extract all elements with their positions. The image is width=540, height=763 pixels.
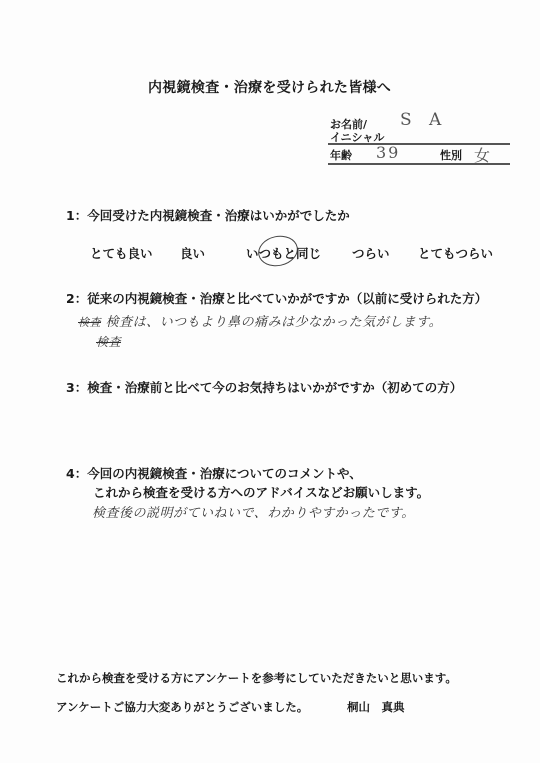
footer-thanks: アンケートご協力大変ありがとうございました。 <box>56 699 308 715</box>
answer-2: 検査 検査は、いつもより鼻の痛みは少なかった気がします。 <box>78 311 442 330</box>
question-text: 今回の内視鏡検査・治療についてのコメントや、 <box>87 466 362 481</box>
answer-4[interactable]: 検査後の説明がていねいで、わかりやすかったです。 <box>92 502 415 521</box>
question-number: 1： <box>66 208 87 223</box>
question-text: 検査・治療前と比べて今のお気持ちはいかがですか（初めての方） <box>87 380 462 395</box>
divider <box>328 163 510 165</box>
question-text: 従来の内視鏡検査・治療と比べていかがですか（以前に受けられた方） <box>87 291 487 306</box>
question-1: 1：今回受けた内視鏡検査・治療はいかがでしたか <box>66 206 350 224</box>
answer-text[interactable]: 検査は、いつもより鼻の痛みは少なかった気がします。 <box>106 315 442 330</box>
selection-circle <box>255 232 300 270</box>
option-very-good[interactable]: とても良い <box>90 244 153 262</box>
footer-message: これから検査を受ける方にアンケートを参考にしていただきたいと思います。 <box>56 670 457 686</box>
question-text: 今回受けた内視鏡検査・治療はいかがでしたか <box>87 208 350 223</box>
question-2: 2：従来の内視鏡検査・治療と比べていかがですか（以前に受けられた方） <box>66 289 487 307</box>
age-value[interactable]: 39 <box>376 143 400 162</box>
name-value[interactable]: S A <box>400 110 447 130</box>
signature: 桐山 真典 <box>347 699 405 715</box>
option-very-hard[interactable]: とてもつらい <box>418 244 493 262</box>
question-number: 2： <box>66 291 87 306</box>
question-4-line2: これから検査を受ける方へのアドバイスなどお願いします。 <box>93 483 429 501</box>
option-good[interactable]: 良い <box>180 244 205 262</box>
struck-word: 検査 <box>78 316 101 329</box>
age-label: 年齢 <box>330 147 352 163</box>
struck-word-line2: 検査 <box>96 333 121 350</box>
question-number: 4： <box>66 466 87 481</box>
page-title: 内視鏡検査・治療を受けられた皆様へ <box>148 77 391 97</box>
question-3: 3：検査・治療前と比べて今のお気持ちはいかがですか（初めての方） <box>66 378 462 396</box>
question-4-line1: 4：今回の内視鏡検査・治療についてのコメントや、 <box>66 464 362 482</box>
gender-label: 性別 <box>440 147 462 163</box>
option-hard[interactable]: つらい <box>352 244 390 262</box>
question-number: 3： <box>66 380 87 395</box>
